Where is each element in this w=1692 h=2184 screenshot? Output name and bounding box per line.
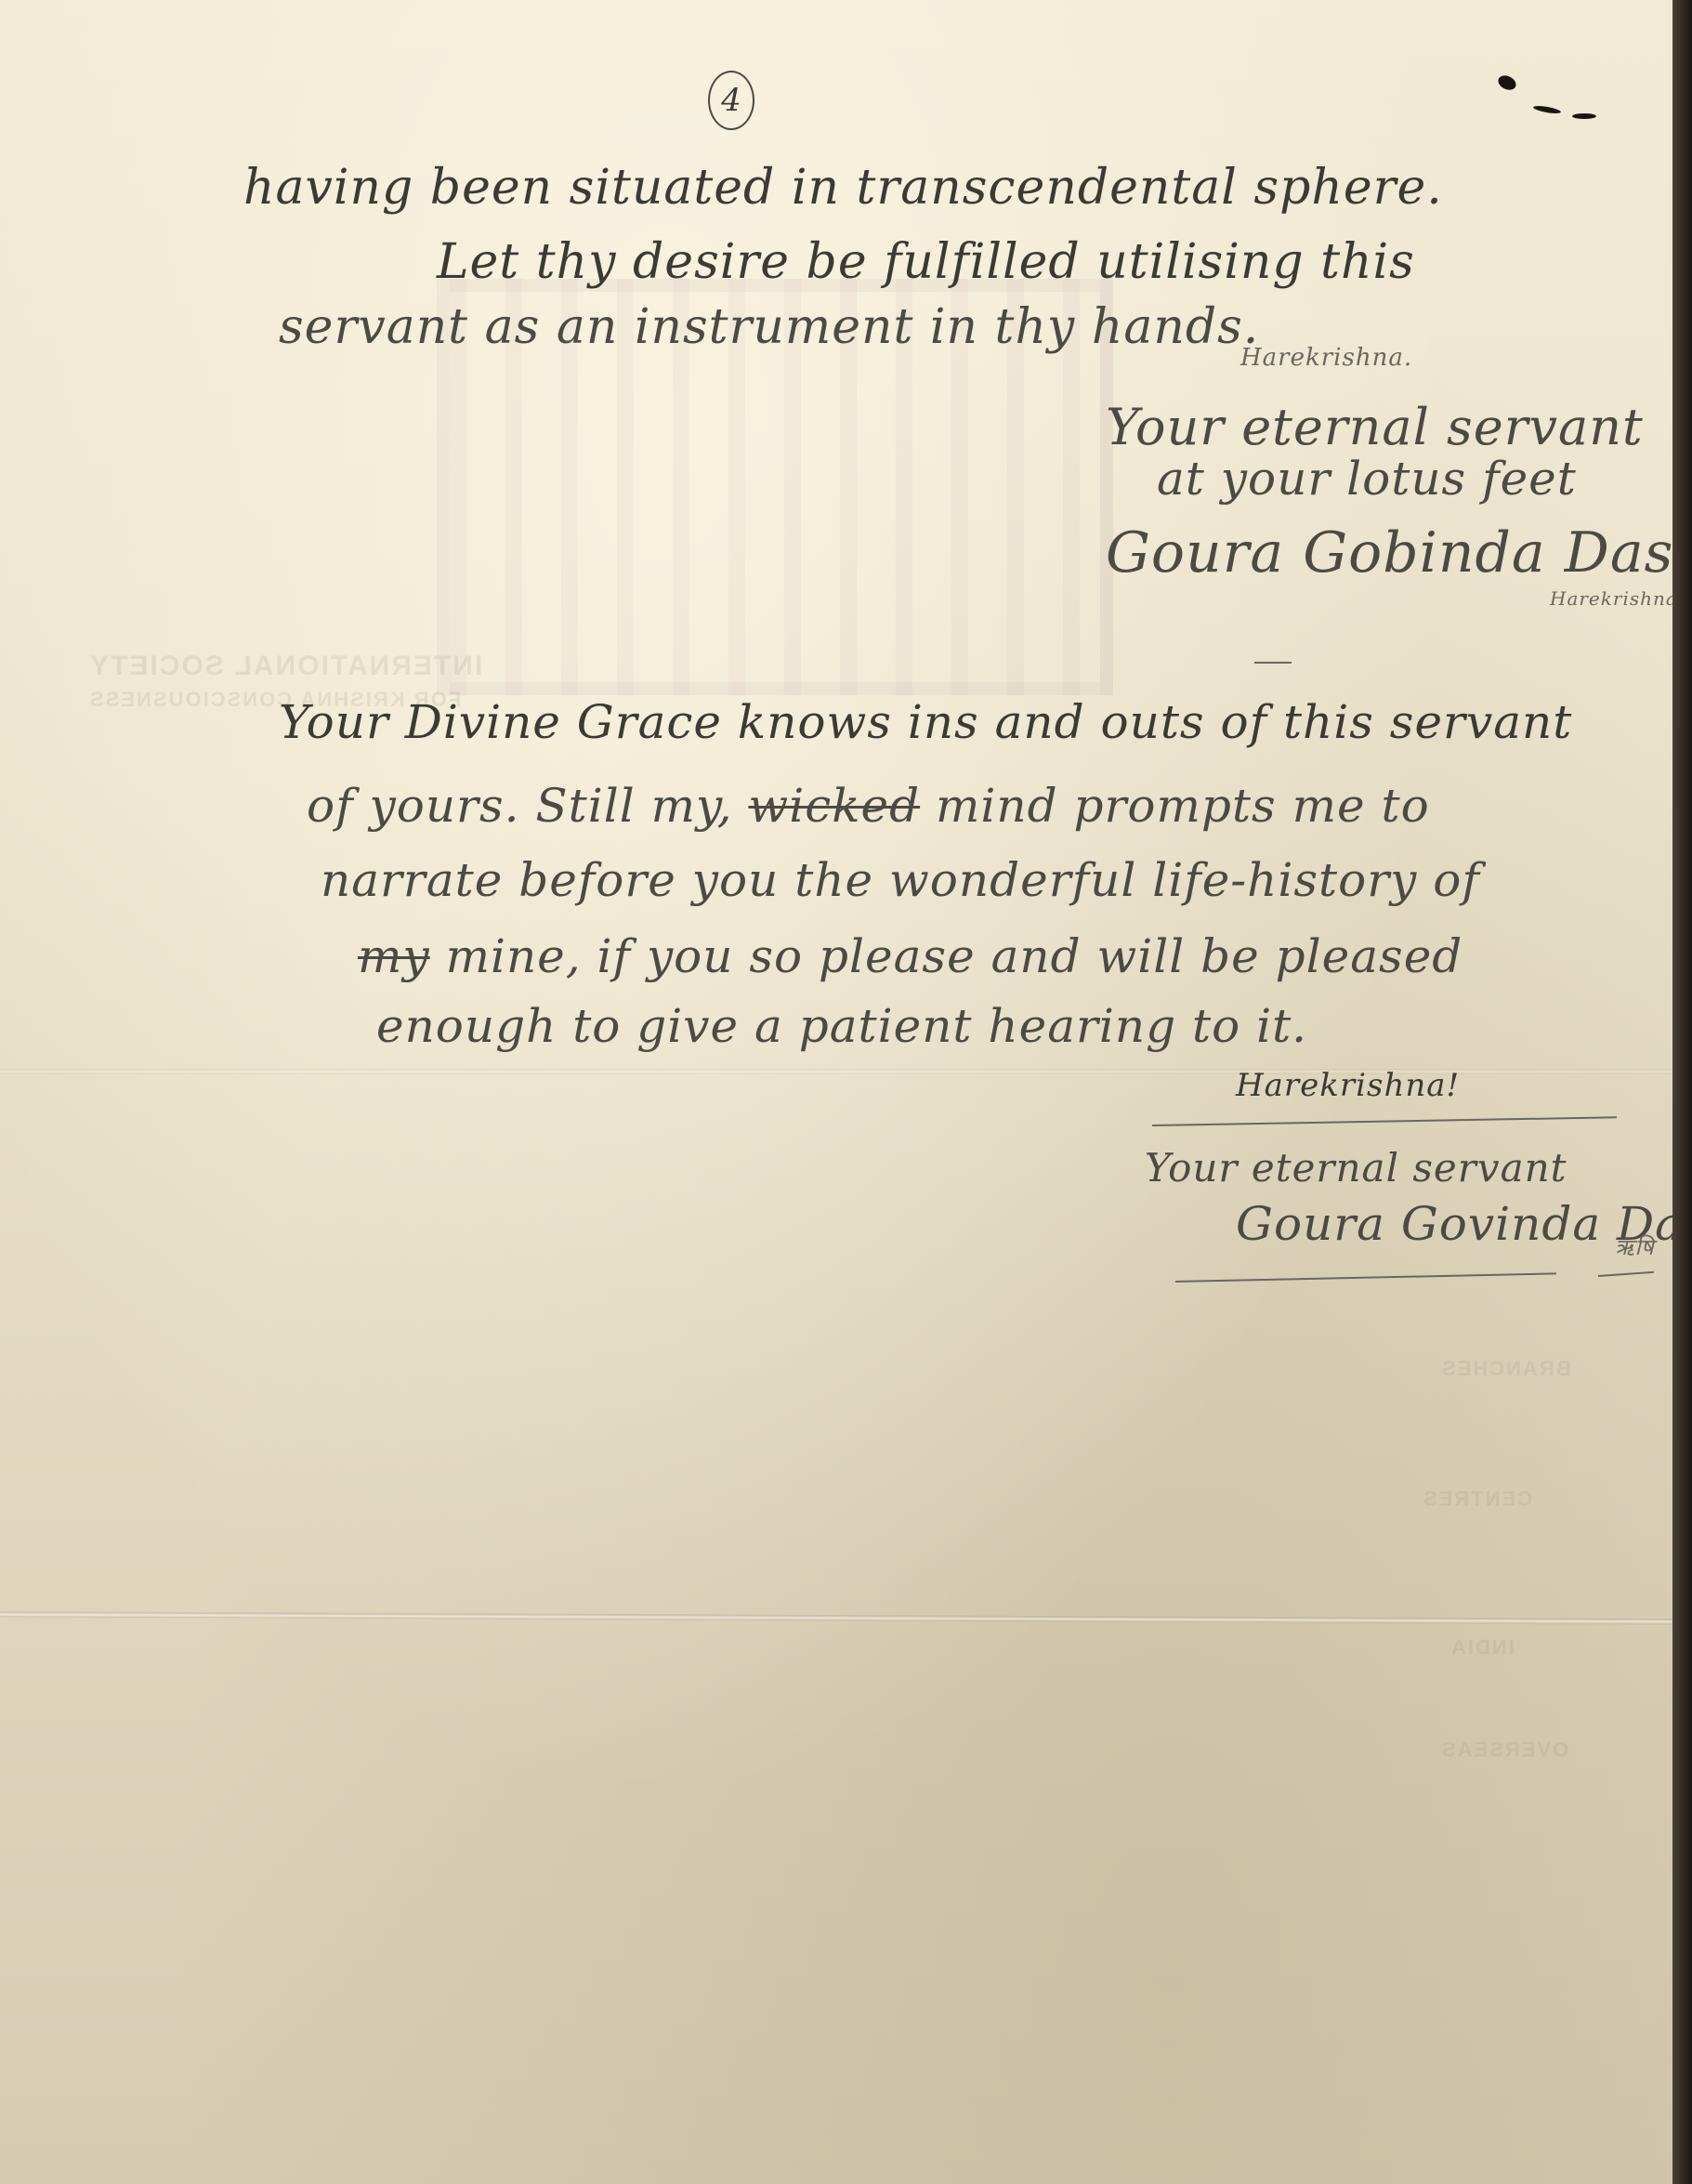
struck-word: my xyxy=(358,929,430,983)
letter-line: narrate before you the wonderful life-hi… xyxy=(321,853,1480,907)
scan-edge xyxy=(1672,0,1692,2184)
letter-line: Your Divine Grace knows ins and outs of … xyxy=(279,695,1572,749)
letter-line: of yours. Still my, wicked mind prompts … xyxy=(307,779,1430,833)
separator-dash xyxy=(1254,662,1292,664)
letterhead-bleed-text: INDIA xyxy=(1449,1636,1515,1660)
greeting: Harekrishna! xyxy=(1236,1067,1460,1104)
underline xyxy=(1152,1116,1617,1126)
paper-hole xyxy=(1496,72,1518,92)
closing-line: Your eternal servant xyxy=(1106,398,1644,456)
signature: Goura Gobinda Das. xyxy=(1106,520,1692,585)
paper-fold xyxy=(0,1612,1672,1625)
struck-word: wicked xyxy=(748,779,920,833)
letterhead-bleed-text: CENTRES xyxy=(1422,1487,1532,1511)
letter-line: my mine, if you so please and will be pl… xyxy=(358,929,1462,983)
underline xyxy=(1175,1272,1556,1283)
line-text: of yours. Still my, xyxy=(307,779,748,833)
page-number: 4 xyxy=(708,71,754,130)
line-text: mind prompts me to xyxy=(920,779,1430,833)
letterhead-bleed-text: INTERNATIONAL SOCIETY xyxy=(88,651,482,682)
marginal-annotation: ऋषि xyxy=(1615,1231,1655,1262)
paper-tear xyxy=(1533,104,1562,114)
letterhead-bleed-text: OVERSEAS xyxy=(1440,1738,1568,1762)
underline xyxy=(1598,1271,1654,1277)
marginal-annotation: Harekrishna xyxy=(1550,587,1678,610)
greeting: Harekrishna. xyxy=(1240,344,1412,372)
letter-page: INTERNATIONAL SOCIETY FOR KRISHNA CONSCI… xyxy=(0,0,1672,2184)
closing-line: at your lotus feet xyxy=(1157,452,1577,506)
line-text: mine, if you so please and will be pleas… xyxy=(430,929,1463,983)
letter-line: having been situated in transcendental s… xyxy=(243,160,1443,216)
paper-tear xyxy=(1572,113,1596,119)
closing-line: Your eternal servant xyxy=(1145,1145,1567,1191)
letterhead-bleed-text: BRANCHES xyxy=(1440,1357,1571,1381)
letter-line: servant as an instrument in thy hands. xyxy=(279,299,1259,355)
letter-line: Let thy desire be fulfilled utilising th… xyxy=(437,234,1415,290)
letter-line: enough to give a patient hearing to it. xyxy=(376,999,1307,1053)
